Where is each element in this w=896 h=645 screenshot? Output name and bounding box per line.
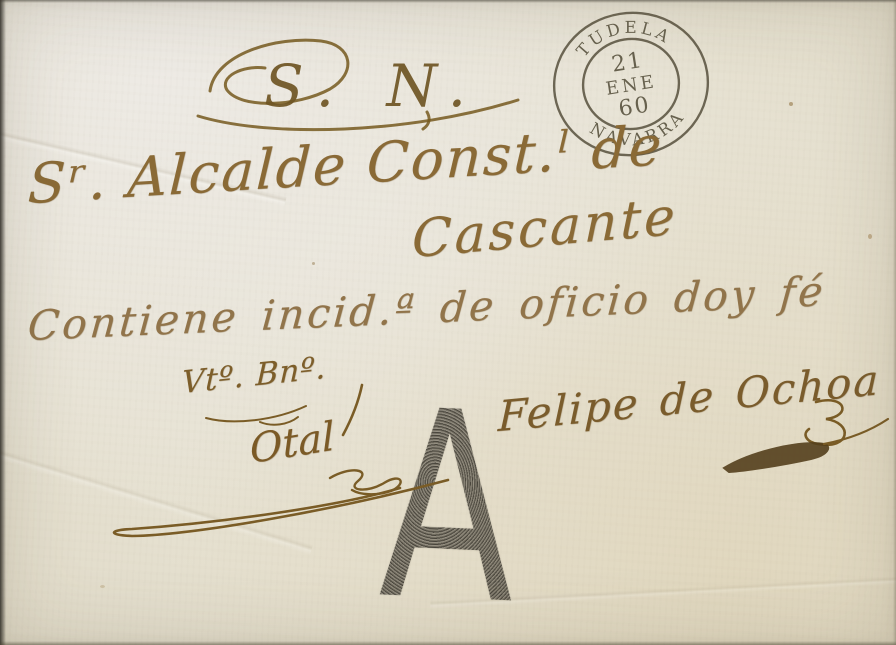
ink-speck: [868, 234, 872, 239]
signature-ochoa: Felipe de Ochoa: [497, 357, 881, 440]
signature-otal: Otal: [249, 415, 336, 473]
docket-note: Contiene incid.ª de oficio doy fé: [26, 269, 827, 349]
photo-edge-top: [0, 0, 896, 3]
rubric-bold-leaf: [724, 443, 828, 472]
franchise-initials: S. N.: [264, 52, 480, 120]
ink-speck: [100, 585, 105, 588]
ink-speck: [312, 262, 315, 265]
rubric-tail: [824, 419, 888, 444]
approval-abbrev: Vtº. Bnº.: [181, 351, 327, 401]
photo-edge-left: [0, 0, 6, 645]
address-line2: Cascante: [411, 189, 678, 270]
rubric-downstroke: [343, 385, 362, 435]
postal-cover: S. N. TUDELA NAVARRA 21 ENE 60 Sʳ. Alcal…: [0, 0, 896, 645]
ink-speck: [789, 102, 793, 106]
